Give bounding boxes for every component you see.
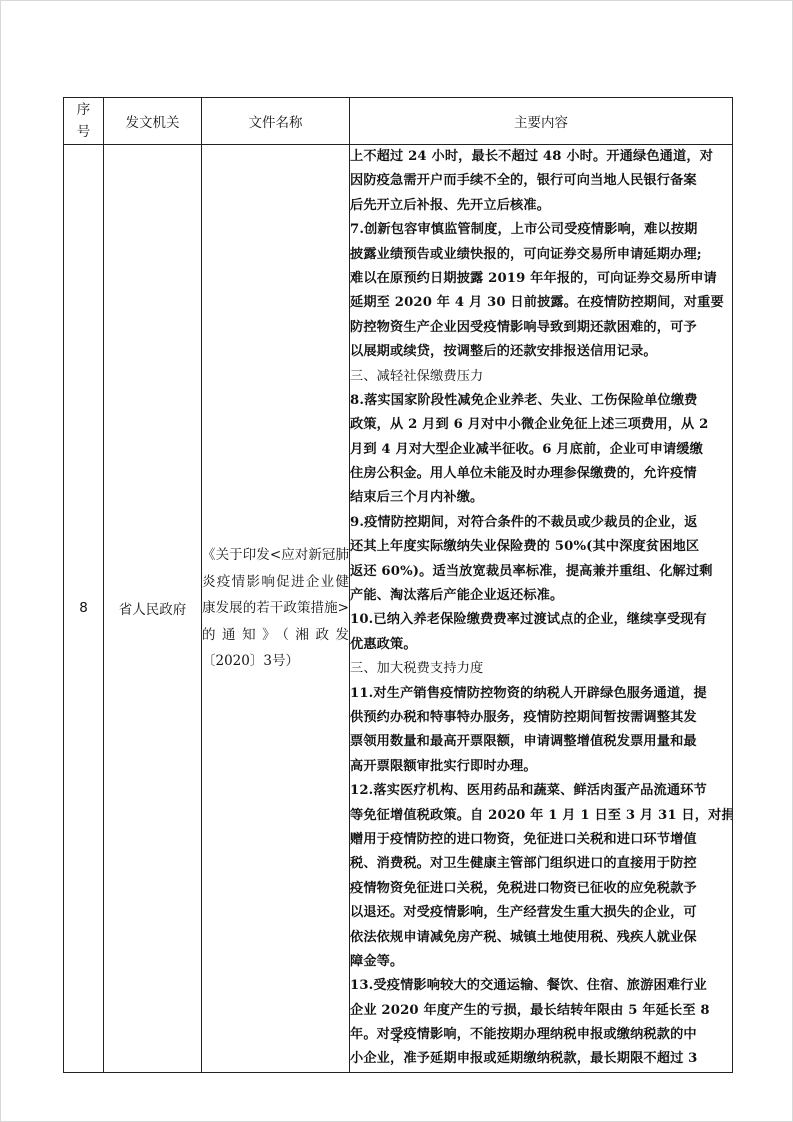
content-line: 等免征增值税政策。自 2020 年 1 月 1 日至 3 月 31 日，对捐 [350,804,732,828]
content-line: 因防疫急需开户而手续不全的，银行可向当地人民银行备案 [350,169,732,193]
content-line: 还其上年度实际缴纳失业保险费的 50%(其中深度贫困地区 [350,535,732,559]
content-line: 后先开立后补报、先开立后核准。 [350,194,732,218]
content-line: 政策，从 2 月到 6 月对中小微企业免征上述三项费用，从 2 [350,413,732,437]
header-doc-name: 文件名称 [202,98,350,145]
content-line: 优惠政策。 [350,633,732,657]
table-header-row: 序 号 发文机关 文件名称 主要内容 [64,98,733,145]
content-line: 以退还。对受疫情影响，生产经营发生重大损失的企业，可 [350,901,732,925]
content-line: 8.落实国家阶段性减免企业养老、失业、工伤保险单位缴费 [350,389,732,413]
content-line: 9.疫情防控期间，对符合条件的不裁员或少裁员的企业，返 [350,511,732,535]
content-line: 票领用数量和最高开票限额，申请调整增值税发票用量和最 [350,730,732,754]
cell-content: 上不超过 24 小时，最长不超过 48 小时。开通绿色通道，对因防疫急需开户而手… [350,145,733,1073]
cell-doc-name: 《关于印发<应对新冠肺炎疫情影响促进企业健康发展的若干政策措施>的通知》（湘政发… [202,145,350,1073]
header-content: 主要内容 [350,98,733,145]
content-line: 结束后三个月内补缴。 [350,486,732,510]
cell-seq: 8 [64,145,104,1073]
policy-table: 序 号 发文机关 文件名称 主要内容 8 省人民政府 《关于印发<应对新冠肺炎疫… [63,97,733,1073]
content-line: 披露业绩预告或业绩快报的，可向证券交易所申请延期办理; [350,243,732,267]
content-line: 返还 60%)。适当放宽裁员率标准，提高兼并重组、化解过剩 [350,560,732,584]
content-line: 三、加大税费支持力度 [350,657,732,681]
content-line: 三、减轻社保缴费压力 [350,365,732,389]
content-line: 13.受疫情影响较大的交通运输、餐饮、住宿、旅游困难行业 [350,974,732,998]
content-line: 防控物资生产企业因受疫情影响导致到期还款困难的，可予 [350,316,732,340]
content-line: 以展期或续贷，按调整后的还款安排报送信用记录。 [350,340,732,364]
header-seq-line1: 序 [64,99,103,121]
header-issuer: 发文机关 [104,98,202,145]
content-line: 赠用于疫情防控的进口物资，免征进口关税和进口环节增值 [350,828,732,852]
header-seq-line2: 号 [64,121,103,143]
content-line: 月到 4 月对大型企业减半征收。6 月底前，企业可申请缓缴 [350,438,732,462]
content-lines: 上不超过 24 小时，最长不超过 48 小时。开通绿色通道，对因防疫急需开户而手… [350,145,732,1072]
content-line: 12.落实医疗机构、医用药品和蔬菜、鲜活肉蛋产品流通环节 [350,779,732,803]
header-seq: 序 号 [64,98,104,145]
content-line: 小企业，准予延期申报或延期缴纳税款，最长期限不超过 3 [350,1047,732,1071]
content-line: 税、消费税。对卫生健康主管部门组织进口的直接用于防控 [350,852,732,876]
content-line: 高开票限额审批实行即时办理。 [350,755,732,779]
content-line: 上不超过 24 小时，最长不超过 48 小时。开通绿色通道，对 [350,145,732,169]
cell-issuer: 省人民政府 [104,145,202,1073]
content-line: 疫情物资免征进口关税，免税进口物资已征收的应免税款予 [350,877,732,901]
content-line: 住房公积金。用人单位未能及时办理参保缴费的，允许疫情 [350,462,732,486]
content-line: 企业 2020 年度产生的亏损，最长结转年限由 5 年延长至 8 [350,999,732,1023]
content-line: 10.已纳入养老保险缴费费率过渡试点的企业，继续享受现有 [350,608,732,632]
content-line: 产能、淘汰落后产能企业返还标准。 [350,584,732,608]
content-line: 延期至 2020 年 4 月 30 日前披露。在疫情防控期间，对重要 [350,291,732,315]
content-line: 依法依规申请减免房产税、城镇土地使用税、残疾人就业保 [350,926,732,950]
content-line: 供预约办税和特事特办服务，疫情防控期间暂按需调整其发 [350,706,732,730]
content-line: 难以在原预约日期披露 2019 年年报的，可向证券交易所申请 [350,267,732,291]
content-line: 11.对生产销售疫情防控物资的纳税人开辟绿色服务通道，提 [350,682,732,706]
table-row: 8 省人民政府 《关于印发<应对新冠肺炎疫情影响促进企业健康发展的若干政策措施>… [64,145,733,1073]
content-line: 障金等。 [350,950,732,974]
content-line: 7.创新包容审慎监管制度，上市公司受疫情影响，难以按期 [350,218,732,242]
page-number: 4 [0,1032,793,1046]
